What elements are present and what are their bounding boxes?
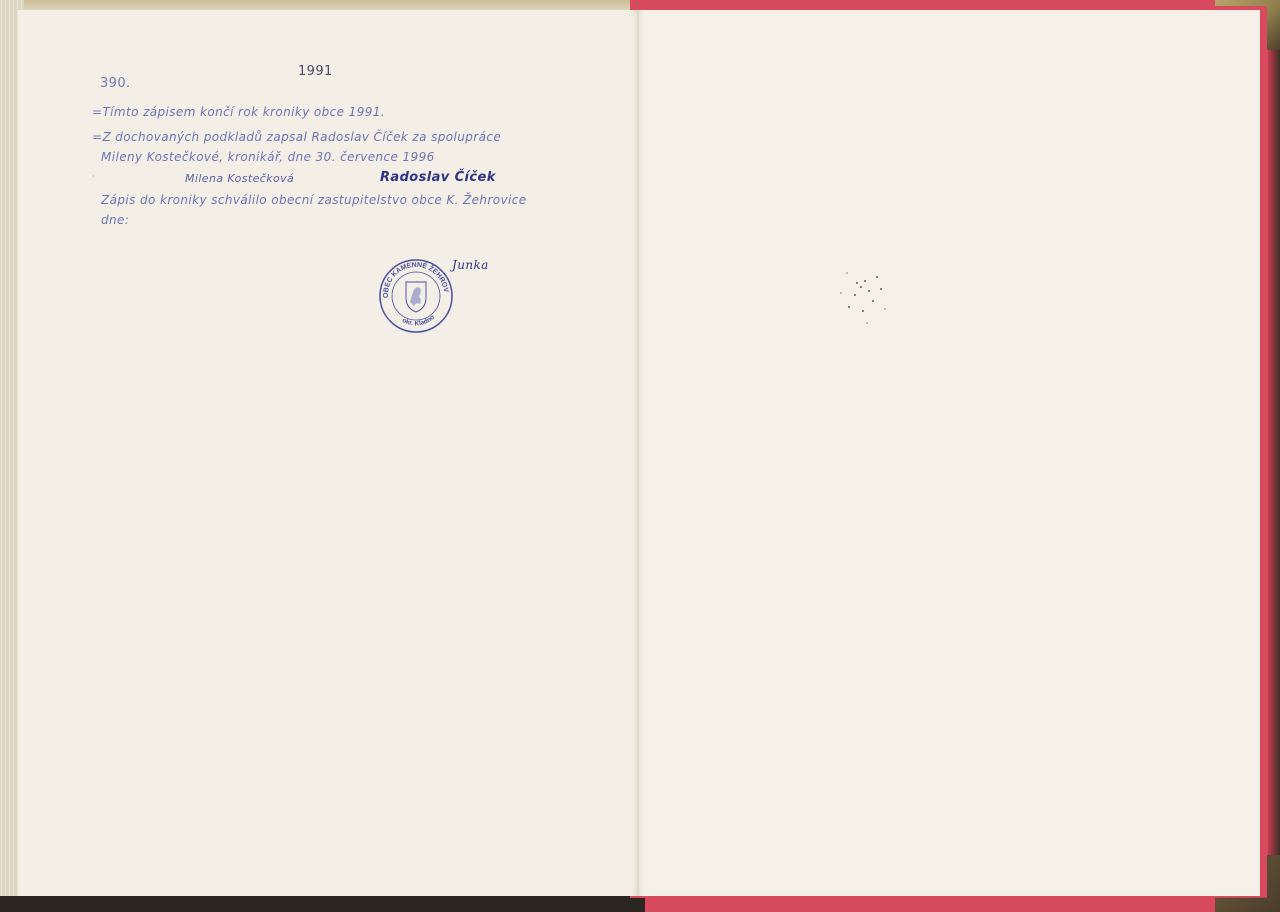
municipal-stamp: OBEC KAMENNÉ ŽEHROVICE okr. Kladno xyxy=(378,258,454,334)
cover-bottom xyxy=(0,898,645,912)
book-gutter xyxy=(637,10,639,896)
mayor-signature: Junka xyxy=(452,258,489,272)
stamp-bottom-text: okr. Kladno xyxy=(401,314,436,328)
cover-edge xyxy=(1268,0,1280,912)
signature-kostečková: Milena Kostečková xyxy=(185,172,294,185)
page-number: 390. xyxy=(100,76,131,91)
svg-text:okr. Kladno: okr. Kladno xyxy=(401,314,436,328)
lion-icon xyxy=(410,287,421,306)
signature-číček: Radoslav Číček xyxy=(380,170,496,185)
text-line-3: Mileny Kostečkové, kronikář, dne 30. čer… xyxy=(101,150,435,164)
tick-mark: · xyxy=(92,172,95,181)
text-line-1: =Tímto zápisem končí rok kroniky obce 19… xyxy=(92,105,385,119)
text-line-5: dne: xyxy=(101,213,129,227)
ink-smudge xyxy=(826,262,892,332)
text-line-4: Zápis do kroniky schválilo obecní zastup… xyxy=(101,193,527,207)
page-top-edge xyxy=(0,0,630,10)
text-line-2: =Z dochovaných podkladů zapsal Radoslav … xyxy=(92,130,501,144)
year-heading: 1991 xyxy=(298,64,333,79)
right-page xyxy=(638,10,1260,896)
